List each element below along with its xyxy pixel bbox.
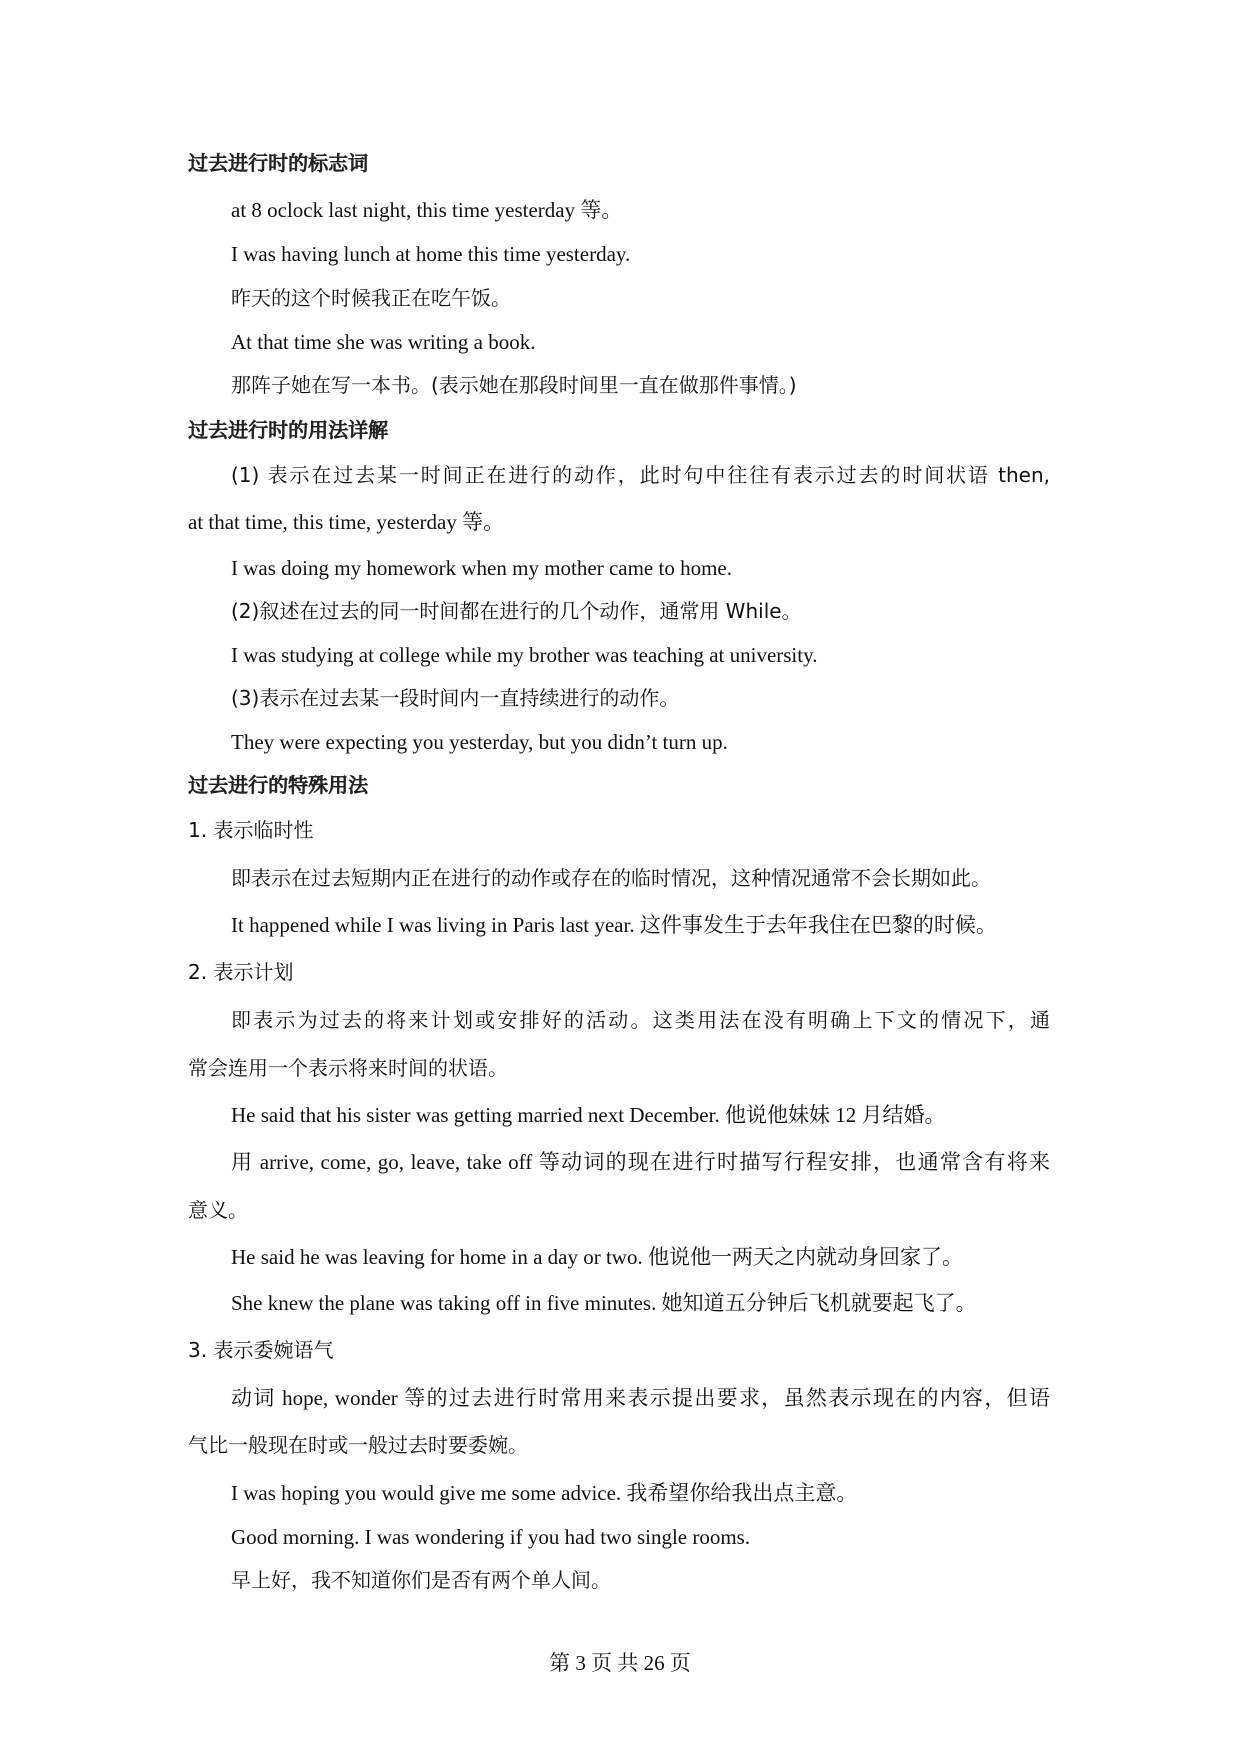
example-sentence: I was having lunch at home this time yes… bbox=[231, 241, 1101, 267]
example-sentence: I was doing my homework when my mother c… bbox=[231, 555, 1101, 581]
example-sentence: I was hoping you would give me some advi… bbox=[231, 1480, 1101, 1506]
example-sentence: He said he was leaving for home in a day… bbox=[231, 1244, 1101, 1270]
paragraph-line: 即表示为过去的将来计划或安排好的活动。这类用法在没有明确上下文的情况下，通 bbox=[231, 1007, 1050, 1033]
example-sentence: Good morning. I was wondering if you had… bbox=[231, 1524, 1101, 1550]
subheading: 1. 表示临时性 bbox=[188, 817, 1058, 843]
paragraph-line: 意义。 bbox=[188, 1197, 1058, 1223]
section-heading-signal-words: 过去进行时的标志词 bbox=[188, 150, 1058, 176]
example-translation: 昨天的这个时候我正在吃午饭。 bbox=[231, 285, 1101, 311]
page-number-footer: 第 3 页 共 26 页 bbox=[0, 1650, 1240, 1676]
example-sentence: He said that his sister was getting marr… bbox=[231, 1102, 1101, 1128]
example-sentence: They were expecting you yesterday, but y… bbox=[231, 729, 1101, 755]
example-sentence: It happened while I was living in Paris … bbox=[231, 912, 1101, 938]
example-sentence: I was studying at college while my broth… bbox=[231, 642, 1101, 668]
example-translation: 那阵子她在写一本书。(表示她在那段时间里一直在做那件事情。) bbox=[231, 372, 1101, 398]
paragraph-line: (1) 表示在过去某一时间正在进行的动作，此时句中往往有表示过去的时间状语 th… bbox=[231, 462, 1050, 488]
paragraph-line: at that time, this time, yesterday 等。 bbox=[188, 509, 1058, 535]
example-sentence: She knew the plane was taking off in fiv… bbox=[231, 1290, 1101, 1316]
document-page: 过去进行时的标志词 at 8 oclock last night, this t… bbox=[0, 0, 1240, 1754]
section-heading-special-usage: 过去进行的特殊用法 bbox=[188, 772, 1058, 798]
section-heading-usage-details: 过去进行时的用法详解 bbox=[188, 417, 1058, 443]
paragraph-line: 气比一般现在时或一般过去时要委婉。 bbox=[188, 1432, 1058, 1458]
paragraph-line: 动词 hope, wonder 等的过去进行时常用来表示提出要求，虽然表示现在的… bbox=[231, 1385, 1050, 1411]
paragraph-line: 常会连用一个表示将来时间的状语。 bbox=[188, 1055, 1058, 1081]
subheading: 2. 表示计划 bbox=[188, 959, 1058, 985]
paragraph-line: 即表示在过去短期内正在进行的动作或存在的临时情况，这种情况通常不会长期如此。 bbox=[231, 865, 1101, 891]
subheading: 3. 表示委婉语气 bbox=[188, 1337, 1058, 1363]
paragraph-line: 用 arrive, come, go, leave, take off 等动词的… bbox=[231, 1149, 1050, 1175]
example-sentence: At that time she was writing a book. bbox=[231, 329, 1101, 355]
example-translation: 早上好，我不知道你们是否有两个单人间。 bbox=[231, 1567, 1101, 1593]
paragraph-line: at 8 oclock last night, this time yester… bbox=[231, 197, 1101, 223]
usage-rule: (2)叙述在过去的同一时间都在进行的几个动作，通常用 While。 bbox=[231, 598, 1101, 624]
usage-rule: (3)表示在过去某一段时间内一直持续进行的动作。 bbox=[231, 685, 1101, 711]
